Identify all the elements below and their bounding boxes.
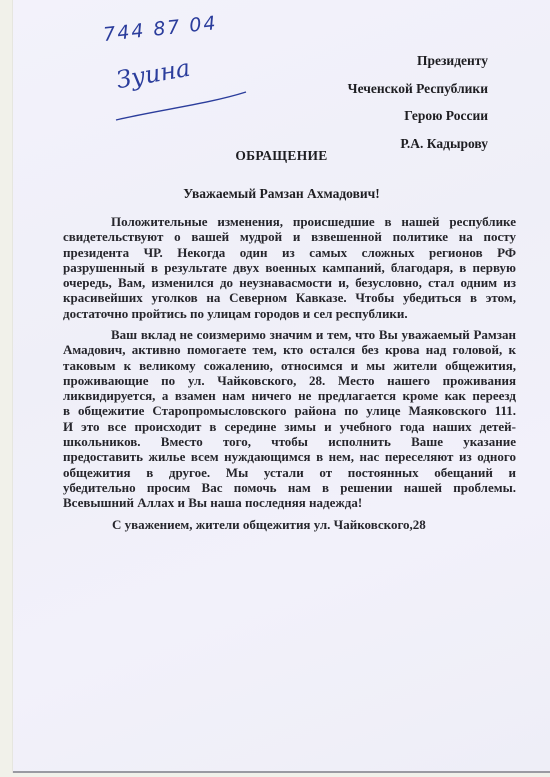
text-line: Ваш вклад не соизмеримо значим и тем, чт… <box>63 327 516 342</box>
text-line: Амадович, активно помогаете тем, кто ост… <box>63 342 516 357</box>
paragraph-2: Ваш вклад не соизмеримо значим и тем, чт… <box>63 327 516 511</box>
handwritten-note: 744 87 04 Зуина <box>98 8 258 118</box>
document-title: ОБРАЩЕНИЕ <box>13 148 550 164</box>
closing-signature: С уважением, жители общежития ул. Чайков… <box>112 517 426 533</box>
text-line: таковым к великому сожалению, относимся … <box>63 358 516 373</box>
text-line: Положительные изменения, происшедшие в н… <box>63 214 516 229</box>
salutation: Уважаемый Рамзан Ахмадович! <box>13 186 550 202</box>
text-line: Всевышний Аллах и Вы наша последняя наде… <box>63 495 516 510</box>
text-line: свидетельствуют о вашей мудрой и взвешен… <box>63 229 516 244</box>
text-line: красивейших уголков на Северном Кавказе.… <box>63 290 516 305</box>
paragraph-1: Положительные изменения, происшедшие в н… <box>63 214 516 321</box>
text-line: И это все происходит в середине зимы и у… <box>63 419 516 434</box>
text-line: разрушенный в результате двух военных ка… <box>63 260 516 275</box>
text-line: очередь, Вам, изменился до неузнавасмост… <box>63 275 516 290</box>
text-line: предоставить жилье всем нуждающимся в не… <box>63 449 516 464</box>
handwritten-number: 744 87 04 <box>102 12 218 46</box>
text-line: президента ЧР. Некогда один из самых сло… <box>63 245 516 260</box>
pen-underline-icon <box>98 48 258 128</box>
addressee-block: Президенту Чеченской Республики Герою Ро… <box>348 47 488 157</box>
text-line: достаточно пройтись по улицам городов и … <box>63 306 516 321</box>
document-page: 744 87 04 Зуина Президенту Чеченской Рес… <box>13 0 550 773</box>
text-line: общежития в другое. Мы устали от постоян… <box>63 465 516 480</box>
text-line: проживающие по ул. Чайковского, 28. Мест… <box>63 373 516 388</box>
addressee-line: Президенту <box>348 47 488 75</box>
text-line: ликвидируется, а взамен нам ничего не пр… <box>63 388 516 403</box>
text-line: убедительно просим Вас помочь нам в реше… <box>63 480 516 495</box>
text-line: в общежитие Старопромысловского района п… <box>63 403 516 418</box>
addressee-line: Герою России <box>348 102 488 130</box>
addressee-line: Чеченской Республики <box>348 75 488 103</box>
text-line: школьников. Вместо того, чтобы исполнить… <box>63 434 516 449</box>
